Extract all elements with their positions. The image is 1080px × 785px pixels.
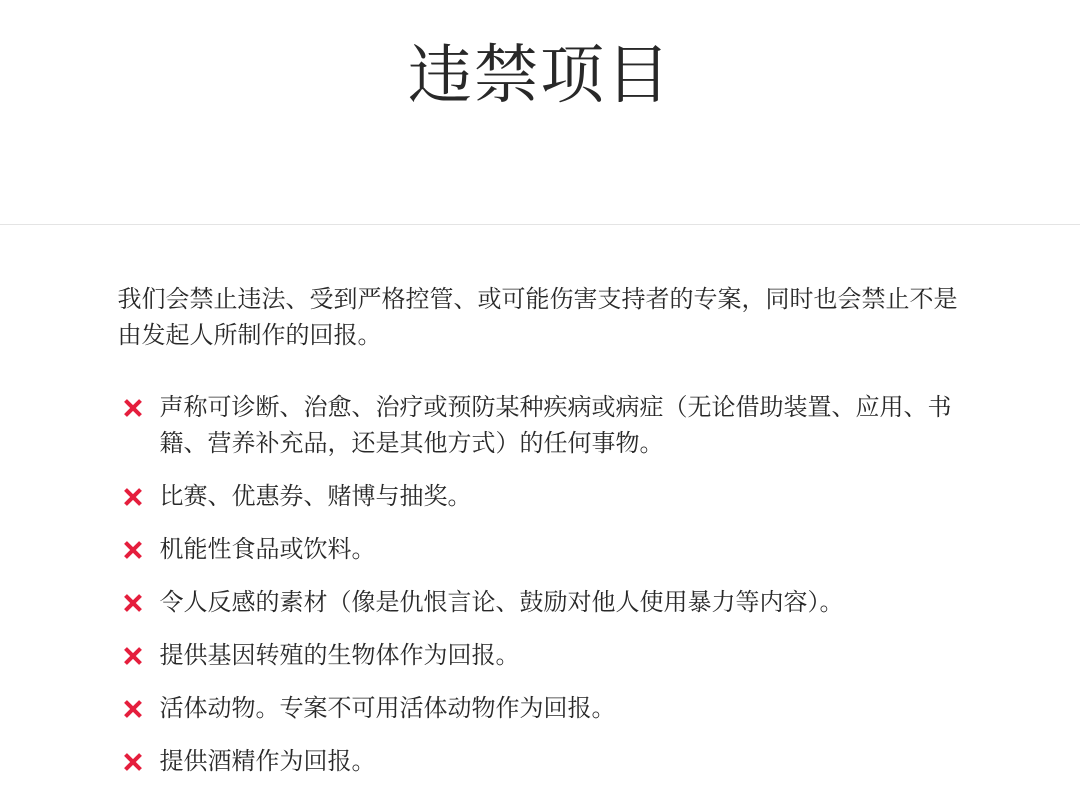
list-item: 令人反感的素材（像是仇恨言论、鼓励对他人使用暴力等内容）。	[118, 585, 963, 621]
main-content: 我们会禁止违法、受到严格控管、或可能伤害支持者的专案，同时也会禁止不是由发起人所…	[118, 225, 963, 780]
list-item: 提供基因转殖的生物体作为回报。	[118, 638, 963, 674]
list-item-text: 令人反感的素材（像是仇恨言论、鼓励对他人使用暴力等内容）。	[160, 585, 844, 621]
list-item: 活体动物。专案不可用活体动物作为回报。	[118, 691, 963, 727]
prohibited-items-list: 声称可诊断、治愈、治疗或预防某种疾病或病症（无论借助装置、应用、书籍、营养补充品…	[118, 390, 963, 780]
list-item: 声称可诊断、治愈、治疗或预防某种疾病或病症（无论借助装置、应用、书籍、营养补充品…	[118, 390, 963, 462]
list-item-text: 声称可诊断、治愈、治疗或预防某种疾病或病症（无论借助装置、应用、书籍、营养补充品…	[160, 390, 963, 462]
list-item: 比赛、优惠券、赌博与抽奖。	[118, 479, 963, 515]
page-title: 违禁项目	[0, 36, 1080, 114]
list-item-text: 比赛、优惠券、赌博与抽奖。	[160, 479, 472, 515]
page-header: 违禁项目	[0, 0, 1080, 114]
x-mark-icon	[123, 487, 143, 507]
list-item: 机能性食品或饮料。	[118, 532, 963, 568]
x-mark-icon	[123, 699, 143, 719]
list-item: 提供酒精作为回报。	[118, 744, 963, 780]
x-mark-icon	[123, 593, 143, 613]
x-mark-icon	[123, 646, 143, 666]
list-item-text: 机能性食品或饮料。	[160, 532, 376, 568]
x-mark-icon	[123, 540, 143, 560]
x-mark-icon	[123, 398, 143, 418]
list-item-text: 提供酒精作为回报。	[160, 744, 376, 780]
list-item-text: 活体动物。专案不可用活体动物作为回报。	[160, 691, 616, 727]
x-mark-icon	[123, 752, 143, 772]
list-item-text: 提供基因转殖的生物体作为回报。	[160, 638, 520, 674]
intro-paragraph: 我们会禁止违法、受到严格控管、或可能伤害支持者的专案，同时也会禁止不是由发起人所…	[118, 282, 963, 354]
